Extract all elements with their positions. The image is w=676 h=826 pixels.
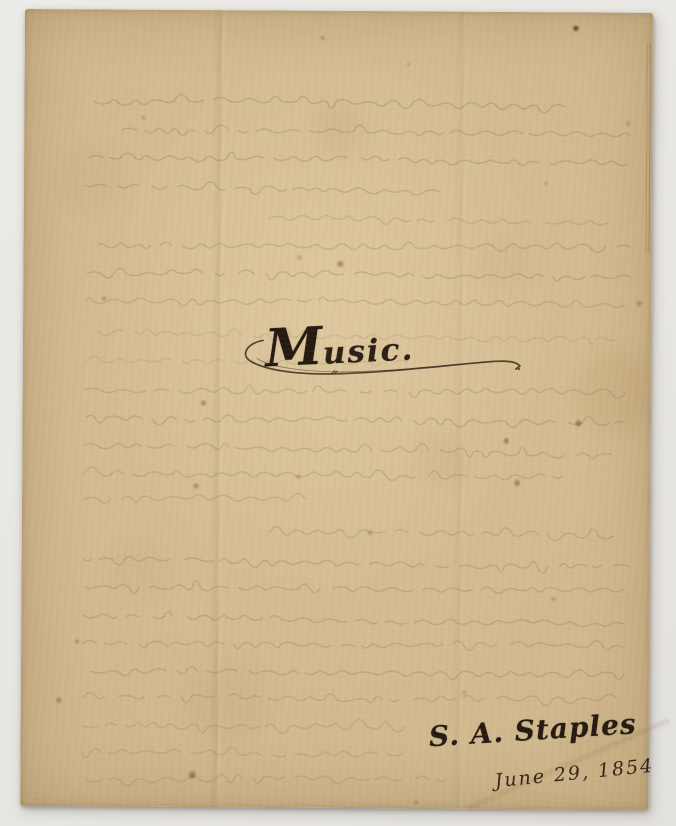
foxing-spot xyxy=(75,639,79,643)
soft-stain xyxy=(313,105,365,157)
scan-backdrop: Music. ″ S. A. Staples June 29, 1854 xyxy=(0,0,676,826)
docket-title-block: Music. ″ xyxy=(213,310,543,394)
foxing-spot xyxy=(462,691,466,695)
foxing-spot xyxy=(551,597,555,601)
soft-stain xyxy=(182,656,271,745)
foxing-spot xyxy=(56,698,61,703)
soft-stain xyxy=(575,350,653,435)
foxing-spot xyxy=(637,301,642,306)
foxing-spot xyxy=(504,438,509,443)
paper-stains xyxy=(20,9,653,810)
foxing-spot xyxy=(321,36,325,40)
foxing-spot xyxy=(368,531,372,535)
manuscript-page: Music. ″ S. A. Staples June 29, 1854 xyxy=(20,9,653,810)
foxing-spot xyxy=(201,401,206,406)
soft-stain xyxy=(473,232,533,292)
docket-title-text: Music. xyxy=(264,312,416,380)
foxing-spot xyxy=(194,484,199,489)
foxing-spot xyxy=(141,116,145,120)
foxing-spot xyxy=(573,26,578,31)
foxing-spot xyxy=(514,480,520,486)
foxing-spot xyxy=(296,475,300,479)
foxing-spot xyxy=(626,122,630,126)
foxing-spot xyxy=(297,256,301,260)
foxing-spot xyxy=(189,772,196,779)
foxing-spot xyxy=(575,420,581,426)
soft-stain xyxy=(111,540,171,600)
foxing-spot xyxy=(544,182,547,185)
soft-stain xyxy=(414,431,470,487)
foxing-spot xyxy=(407,63,410,66)
foxing-spot xyxy=(102,297,106,301)
soft-stain xyxy=(60,145,128,213)
foxing-spot xyxy=(414,800,418,804)
foxing-spot xyxy=(337,261,343,267)
